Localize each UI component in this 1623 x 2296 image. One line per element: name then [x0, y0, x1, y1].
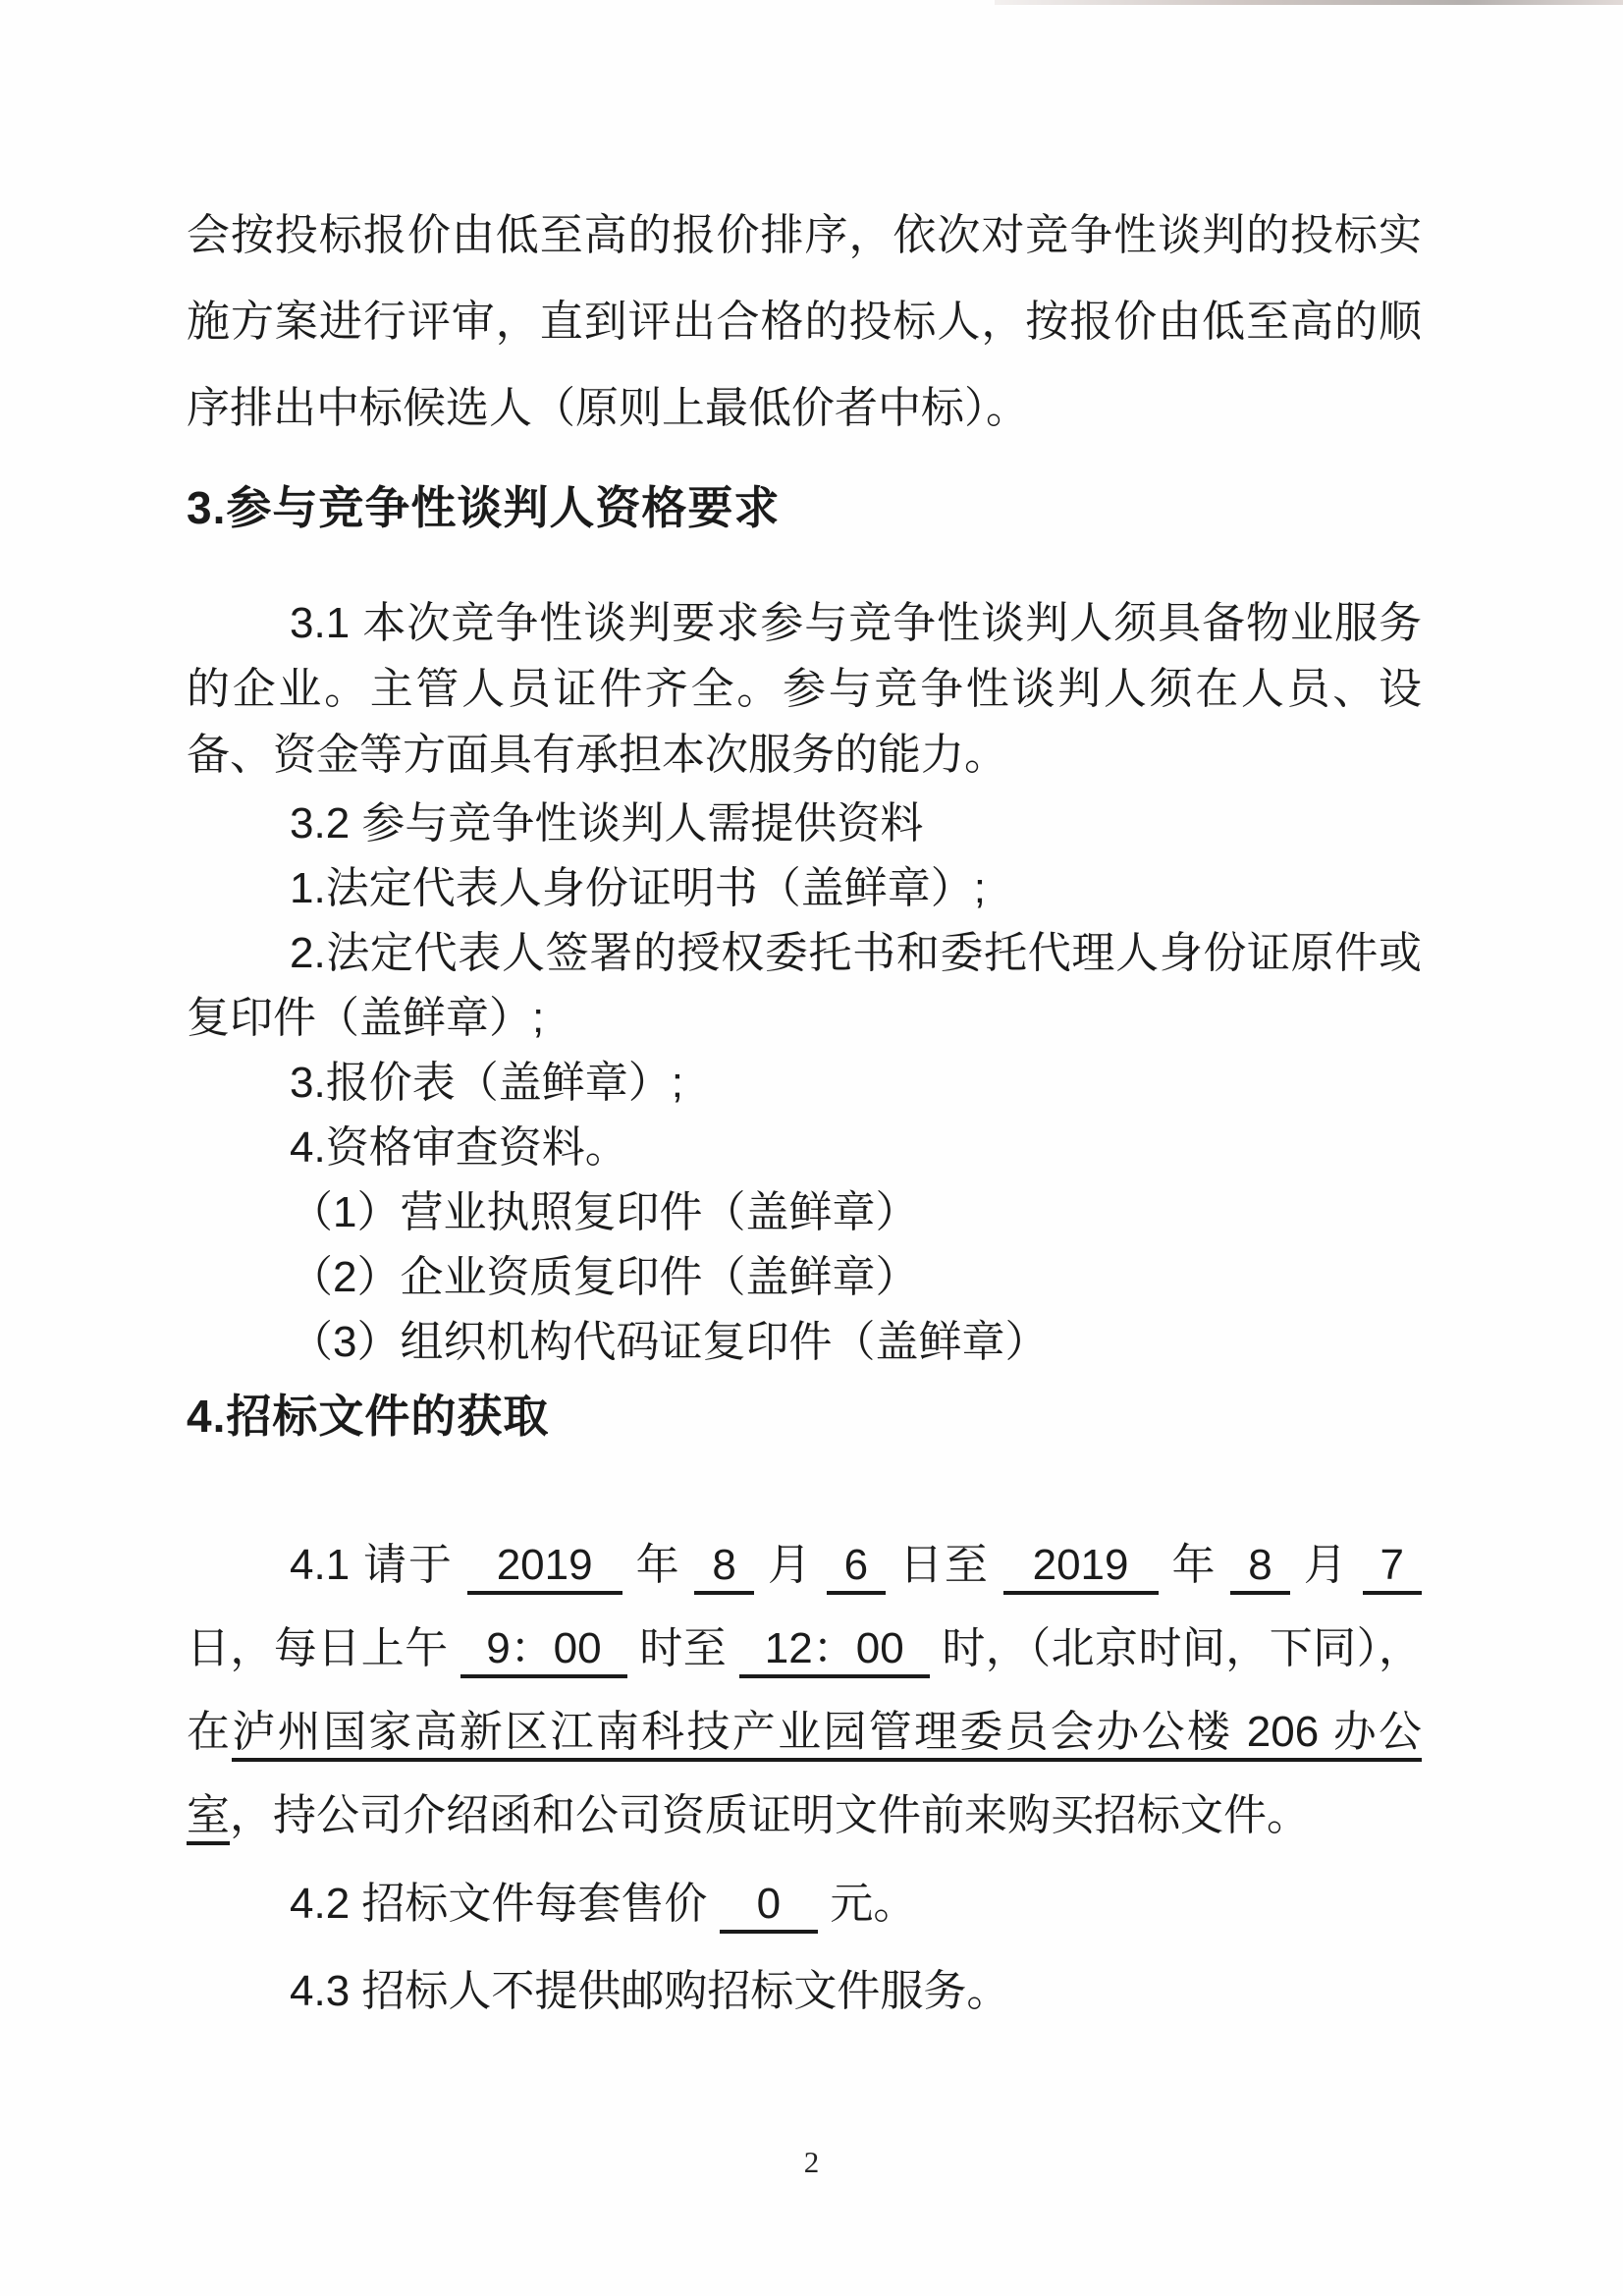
section-3-heading: 3.参与竞争性谈判人资格要求 [187, 480, 1422, 535]
list-item-qualification-3: （3）组织机构代码证复印件（盖鲜章） [187, 1310, 1422, 1375]
list-item-materials-2: 2.法定代表人签署的授权委托书和委托代理人身份证原件或复印件（盖鲜章）; [187, 921, 1422, 1051]
paragraph-4-3: 4.3 招标人不提供邮购招标文件服务。 [187, 1959, 1422, 2024]
p42-text: 4.2 招标文件每套售价 [290, 1880, 707, 1928]
paragraph-4-1: 4.1 请于 2019 年 8 月 6 日至 2019 年 8 月 7 日，每日… [187, 1523, 1422, 1857]
blank-time-to: 12：00 [739, 1625, 930, 1678]
blank-document-price: 0 [720, 1881, 818, 1934]
p41-text: 时至 [639, 1624, 727, 1672]
blank-end-month: 8 [1230, 1542, 1289, 1595]
p41-text: 年 [1172, 1541, 1217, 1589]
p41-text: 日至 [899, 1541, 990, 1589]
list-item-materials-4: 4.资格审查资料。 [187, 1116, 1422, 1180]
p41-text: ，持公司介绍函和公司资质证明文件前来购买招标文件。 [230, 1791, 1310, 1839]
list-item-materials-1: 1.法定代表人身份证明书（盖鲜章）; [187, 856, 1422, 921]
document-page: 会按投标报价由低至高的报价排序，依次对竞争性谈判的投标实施方案进行评审，直到评出… [0, 0, 1623, 2296]
p41-text: 年 [636, 1541, 681, 1589]
page-number: 2 [0, 2145, 1623, 2180]
section-4-heading: 4.招标文件的获取 [187, 1389, 1422, 1444]
blank-end-year: 2019 [1003, 1542, 1159, 1595]
blank-start-day: 6 [827, 1542, 886, 1595]
list-item-materials-3: 3.报价表（盖鲜章）; [187, 1051, 1422, 1116]
p41-text: 4.1 请于 [290, 1541, 454, 1589]
document-body: 会按投标报价由低至高的报价排序，依次对竞争性谈判的投标实施方案进行评审，直到评出… [0, 0, 1623, 2024]
blank-start-month: 8 [694, 1542, 753, 1595]
paragraph-3-2: 3.2 参与竞争性谈判人需提供资料 [187, 791, 1422, 856]
paragraph-3-1: 3.1 本次竞争性谈判要求参与竞争性谈判人须具备物业服务的企业。主管人员证件齐全… [187, 590, 1422, 788]
paragraph-intro: 会按投标报价由低至高的报价排序，依次对竞争性谈判的投标实施方案进行评审，直到评出… [187, 192, 1422, 452]
p41-text: 月 [1304, 1541, 1349, 1589]
p42-text: 元。 [830, 1880, 916, 1928]
list-item-qualification-2: （2）企业资质复印件（盖鲜章） [187, 1245, 1422, 1310]
p41-text: 月 [768, 1541, 813, 1589]
list-item-qualification-1: （1）营业执照复印件（盖鲜章） [187, 1180, 1422, 1245]
p41-text: 日，每日上午 [187, 1624, 449, 1672]
paragraph-4-2: 4.2 招标文件每套售价 0 元。 [187, 1872, 1422, 1937]
blank-start-year: 2019 [467, 1542, 622, 1595]
blank-time-from: 9：00 [460, 1625, 626, 1678]
blank-end-day: 7 [1363, 1542, 1422, 1595]
